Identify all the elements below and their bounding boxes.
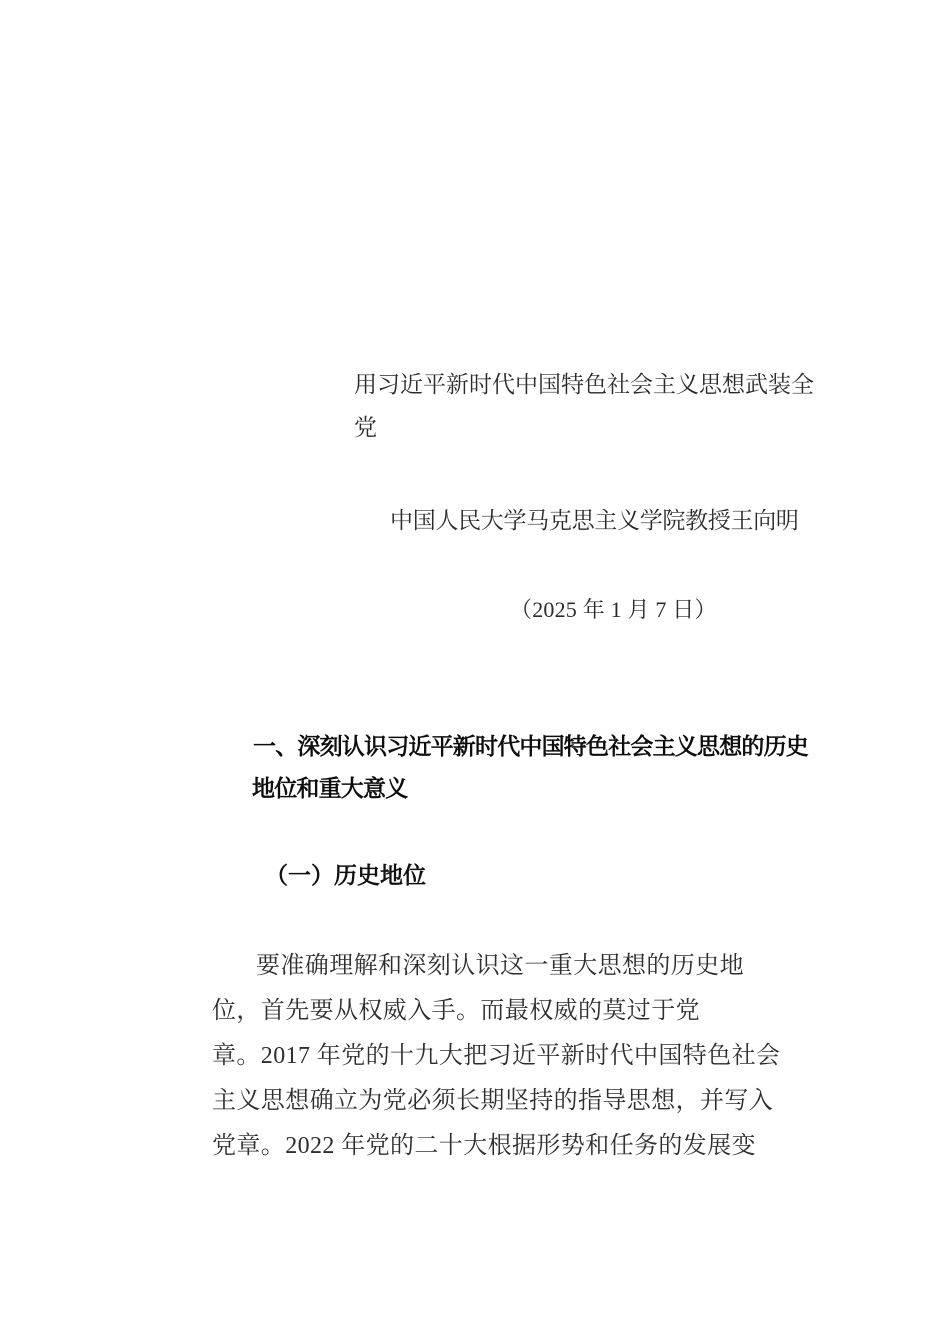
body-paragraph-line-3: 章。2017 年党的十九大把习近平新时代中国特色社会 [212,1042,780,1070]
body-paragraph-line-1: 要准确理解和深刻认识这一重大思想的历史地 [256,952,744,980]
body-paragraph-line-4: 主义思想确立为党必须长期坚持的指导思想，并写入 [212,1087,773,1115]
document-title-line-1: 用习近平新时代中国特色社会主义思想武装全 [354,371,814,398]
document-title-line-2: 党 [354,414,377,441]
body-paragraph-line-2: 位，首先要从权威入手。而最权威的莫过于党 [212,997,700,1025]
section-heading-line-1: 一、深刻认识习近平新时代中国特色社会主义思想的历史 [253,733,808,760]
sub-heading: （一）历史地位 [265,862,426,889]
section-heading-line-2: 地位和重大意义 [252,775,407,802]
body-paragraph-line-5: 党章。2022 年党的二十大根据形势和任务的发展变 [212,1132,756,1160]
document-page: 用习近平新时代中国特色社会主义思想武装全 党 中国人民大学马克思主义学院教授王向… [0,0,950,1344]
document-date: （2025 年 1 月 7 日） [510,597,717,623]
document-byline: 中国人民大学马克思主义学院教授王向明 [390,507,799,534]
